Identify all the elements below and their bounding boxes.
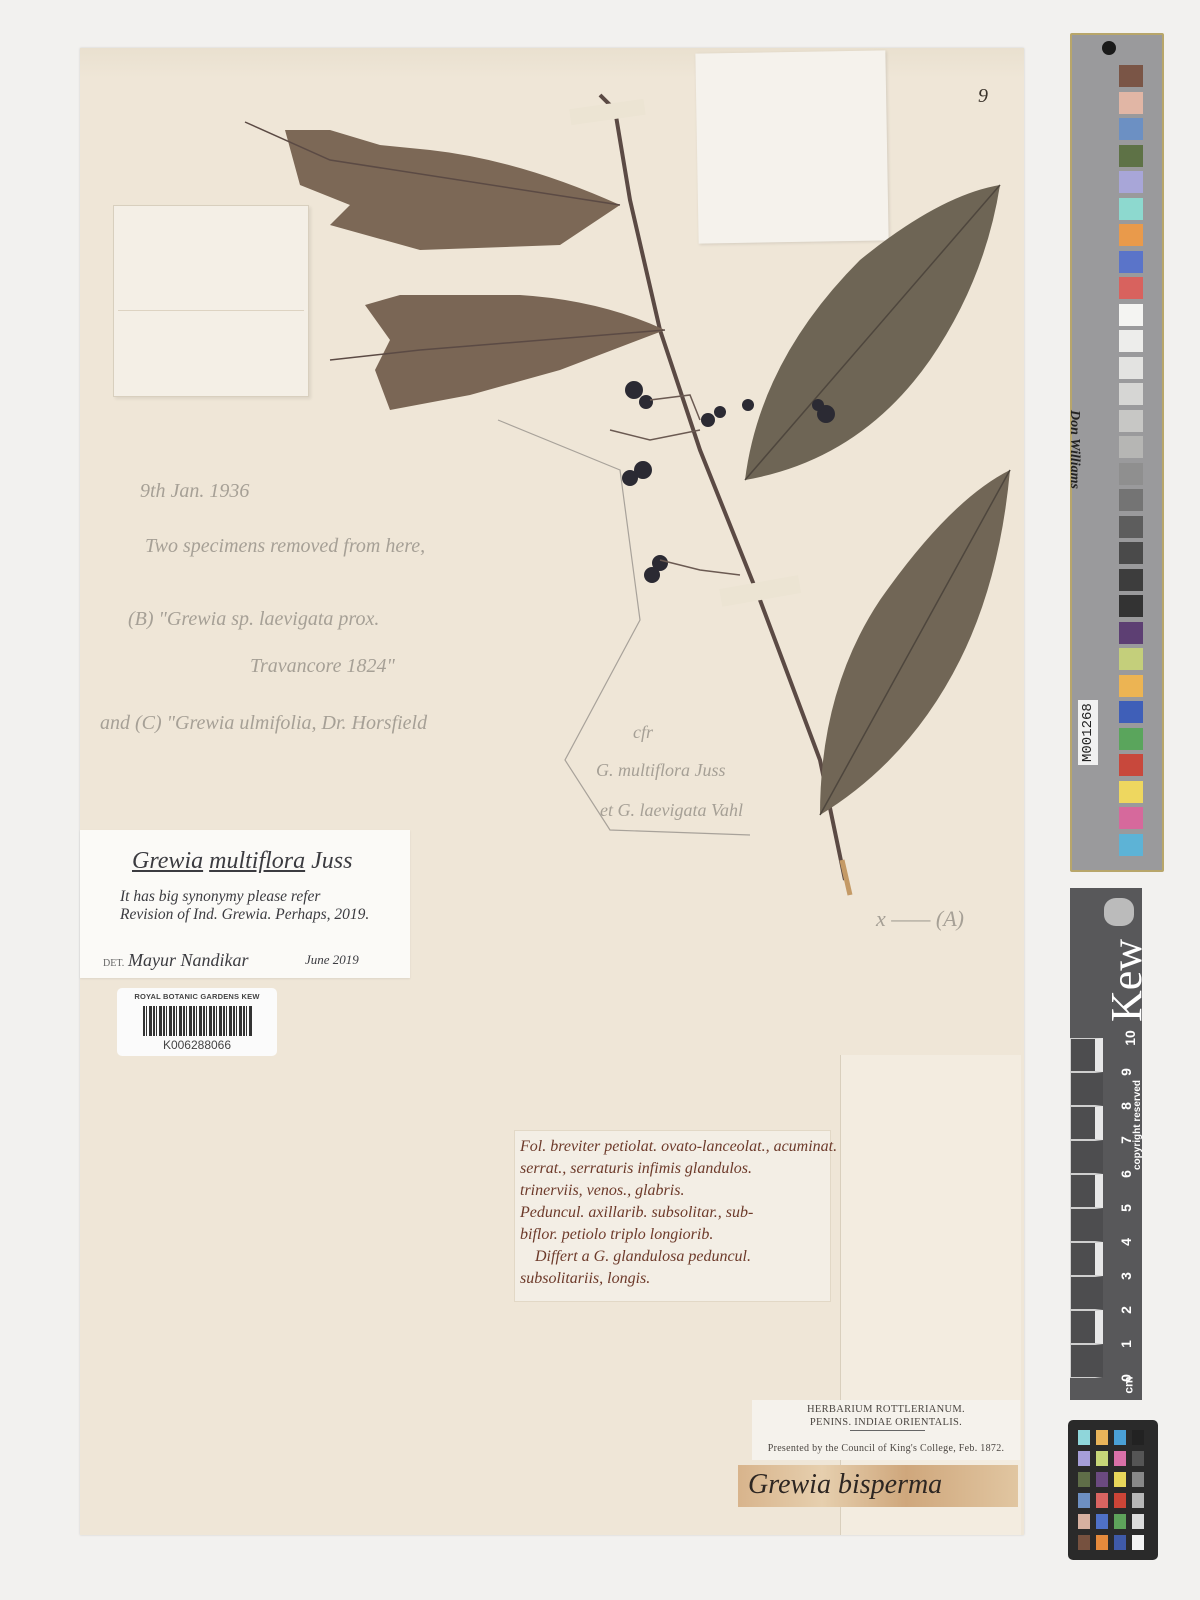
- pencil-note: (B) "Grewia sp. laevigata prox.: [128, 608, 379, 631]
- scale-id: M001268: [1078, 700, 1098, 765]
- color-patch: [1119, 357, 1143, 379]
- checker-chip: [1096, 1451, 1108, 1466]
- color-patch: [1119, 807, 1143, 829]
- color-patch: [1119, 595, 1143, 617]
- color-patch: [1119, 489, 1143, 511]
- ruler-block: [1070, 1242, 1103, 1276]
- determination-note: It has big synonymy please refer: [120, 888, 320, 906]
- pencil-note: and (C) "Grewia ulmifolia, Dr. Horsfield: [100, 712, 427, 735]
- scale-brand: Don Williams: [1066, 410, 1082, 489]
- pencil-date: 9th Jan. 1936: [140, 480, 249, 503]
- royal-crest-icon: [1104, 898, 1134, 926]
- color-patch: [1119, 118, 1143, 140]
- checker-chip: [1114, 1493, 1126, 1508]
- color-patch: [1119, 251, 1143, 273]
- ruler-tick-label: 10: [1122, 1030, 1138, 1046]
- leaf: [285, 130, 620, 250]
- manuscript-line: Differt a G. glandulosa peduncul.: [535, 1248, 751, 1266]
- pencil-cfr: cfr: [633, 722, 653, 743]
- determination-name: Grewia multiflora Juss: [132, 848, 352, 875]
- checker-chip: [1132, 1472, 1144, 1487]
- sheet-flap: [840, 1055, 1021, 1535]
- checker-chip: [1096, 1430, 1108, 1445]
- checker-chip: [1114, 1514, 1126, 1529]
- checker-chip: [1096, 1514, 1108, 1529]
- color-patch: [1119, 648, 1143, 670]
- checker-chip: [1114, 1430, 1126, 1445]
- color-patch: [1119, 92, 1143, 114]
- color-patch: [1119, 516, 1143, 538]
- checker-chip: [1078, 1493, 1090, 1508]
- ruler-tick-label: 4: [1118, 1238, 1134, 1246]
- color-patch: [1119, 224, 1143, 246]
- color-patch: [1119, 436, 1143, 458]
- ruler-tick-label: 6: [1118, 1170, 1134, 1178]
- ruler-block: [1070, 1276, 1103, 1310]
- determiner: Mayur Nandikar: [128, 950, 249, 971]
- ruler-block: [1070, 1344, 1103, 1378]
- pencil-cfr: et G. laevigata Vahl: [600, 800, 743, 821]
- checker-chip: [1132, 1451, 1144, 1466]
- color-patch: [1119, 171, 1143, 193]
- kew-logo: Kew: [1101, 939, 1152, 1022]
- manuscript-line: Peduncul. axillarib. subsolitar., sub-: [520, 1204, 753, 1222]
- color-patch: [1119, 701, 1143, 723]
- ruler-block: [1070, 1038, 1103, 1072]
- checker-chip: [1132, 1535, 1144, 1550]
- specimen-marker-a: x —— (A): [876, 906, 964, 932]
- copyright-text: copyright reserved: [1132, 1080, 1143, 1170]
- hole-icon: [1102, 41, 1116, 55]
- checker-chip: [1114, 1451, 1126, 1466]
- checker-chip: [1078, 1430, 1090, 1445]
- color-patch: [1119, 728, 1143, 750]
- color-checker: [1068, 1420, 1158, 1560]
- manuscript-line: biflor. petiolo triplo longiorib.: [520, 1226, 713, 1244]
- ruler-block: [1070, 1106, 1103, 1140]
- ruler-block: [1070, 1174, 1103, 1208]
- checker-chip: [1078, 1514, 1090, 1529]
- ruler-block: [1070, 1208, 1103, 1242]
- manuscript-line: Fol. breviter petiolat. ovato-lanceolat.…: [520, 1138, 837, 1156]
- ruler-tick-label: 1: [1118, 1340, 1134, 1348]
- manuscript-line: trinerviis, venos., glabris.: [520, 1182, 684, 1200]
- pencil-note: Two specimens removed from here,: [145, 535, 425, 558]
- rottler-line: HERBARIUM ROTTLERIANUM.: [752, 1404, 1020, 1415]
- color-patch: [1119, 754, 1143, 776]
- color-patch: [1119, 410, 1143, 432]
- checker-chip: [1132, 1430, 1144, 1445]
- rottler-line: PENINS. INDIAE ORIENTALIS.: [752, 1417, 1020, 1428]
- leaf: [365, 295, 665, 410]
- ruler-block: [1070, 1310, 1103, 1344]
- color-patch: [1119, 65, 1143, 87]
- checker-chip: [1078, 1451, 1090, 1466]
- checker-chip: [1078, 1472, 1090, 1487]
- color-patch: [1119, 277, 1143, 299]
- checker-chip: [1132, 1493, 1144, 1508]
- ruler-tick-label: 2: [1118, 1306, 1134, 1314]
- checker-chip: [1114, 1472, 1126, 1487]
- ruler-tick-label: 3: [1118, 1272, 1134, 1280]
- old-name-text: Grewia bisperma: [748, 1469, 942, 1501]
- color-patch: [1119, 542, 1143, 564]
- color-patch: [1119, 463, 1143, 485]
- rottler-line: Presented by the Council of King's Colle…: [752, 1443, 1020, 1454]
- ruler-tick-label: 9: [1118, 1068, 1134, 1076]
- manuscript-line: subsolitariis, longis.: [520, 1270, 650, 1288]
- barcode-number: K006288066: [117, 1038, 277, 1052]
- checker-chip: [1078, 1535, 1090, 1550]
- determination-note: Revision of Ind. Grewia. Perhaps, 2019.: [120, 906, 369, 924]
- color-patch: [1119, 569, 1143, 591]
- color-patch: [1119, 304, 1143, 326]
- det-prefix: DET.: [103, 958, 124, 969]
- ruler-block: [1070, 1140, 1103, 1174]
- ruler-tick-label: 5: [1118, 1204, 1134, 1212]
- ruler-unit: cm: [1122, 1376, 1136, 1393]
- manuscript-line: serrat., serraturis infimis glandulos.: [520, 1160, 752, 1178]
- checker-chip: [1096, 1472, 1108, 1487]
- barcode-icon: [143, 1006, 253, 1036]
- pencil-cfr: G. multiflora Juss: [596, 760, 726, 781]
- plant-specimen: [0, 0, 1040, 900]
- color-patch: [1119, 834, 1143, 856]
- color-patch: [1119, 145, 1143, 167]
- checker-chip: [1132, 1514, 1144, 1529]
- determination-date: June 2019: [305, 952, 359, 968]
- color-patch: [1119, 198, 1143, 220]
- checker-chip: [1096, 1535, 1108, 1550]
- checker-chip: [1114, 1535, 1126, 1550]
- color-patch: [1119, 781, 1143, 803]
- checker-chip: [1096, 1493, 1108, 1508]
- pencil-note: Travancore 1824": [250, 655, 395, 678]
- color-patch: [1119, 330, 1143, 352]
- color-patch: [1119, 675, 1143, 697]
- ruler-block: [1070, 1072, 1103, 1106]
- color-patch: [1119, 622, 1143, 644]
- divider: [850, 1430, 925, 1431]
- color-patch: [1119, 383, 1143, 405]
- barcode-institution: ROYAL BOTANIC GARDENS KEW: [117, 992, 277, 1001]
